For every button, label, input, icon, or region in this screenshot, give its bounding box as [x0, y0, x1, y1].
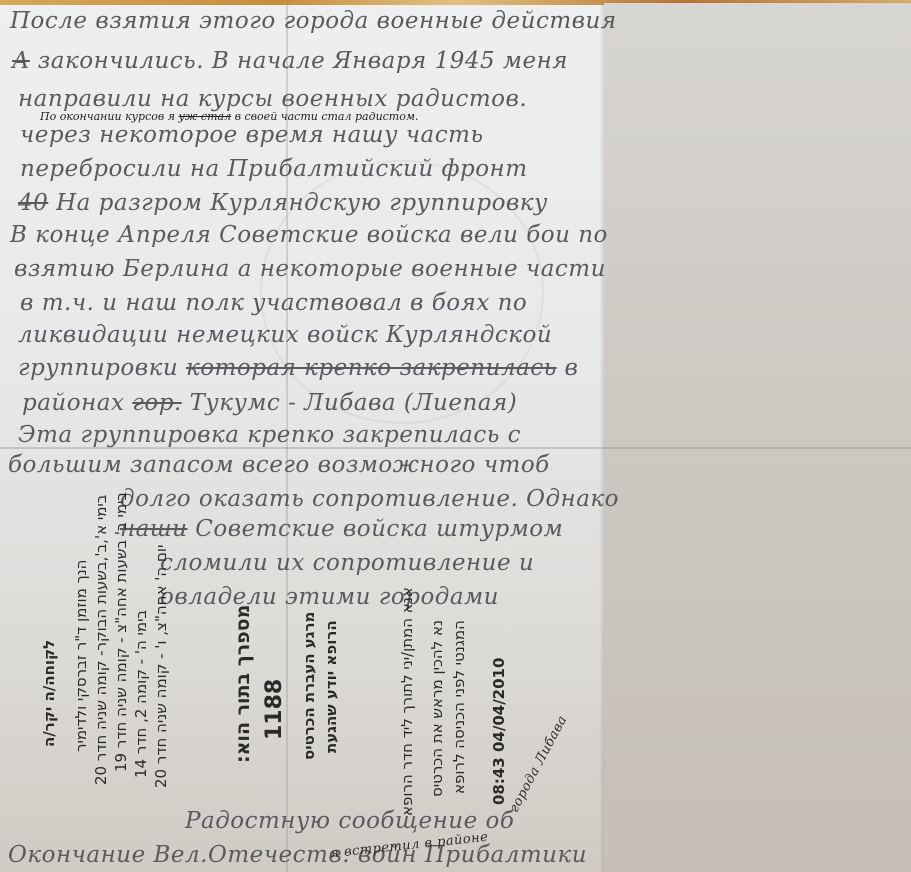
handwriting-line: Окончание Вел.Отечеств. войн Прибалтики: [8, 842, 587, 868]
receipt-hours-line: בימי ב' בשעות אחה"צ - קומה שניה חדר 19: [112, 492, 130, 822]
handwriting-line: группировки которая крепко закрепилась в: [18, 355, 578, 381]
handwriting-line: В конце Апреля Советские войска вели бои…: [10, 222, 608, 248]
receipt-instruction: המגנטי לפני הכניסה לרופא: [450, 620, 468, 820]
handwriting-line: через некоторое время нашу часть: [20, 122, 483, 148]
handwriting-line: овладели этими городами: [160, 584, 499, 610]
handwriting-line: в т.ч. и наш полк участвовал в боях по: [20, 290, 527, 316]
handwriting-line: А закончились. В начале Января 1945 меня: [12, 48, 568, 74]
receipt-transfer-note: מרגע העברת הכרטיס: [300, 612, 318, 782]
handwriting-line: Эта группировка крепко закрепилась с: [18, 422, 521, 448]
receipt-queue-label: מספרך בתור הוא:: [232, 605, 254, 795]
receipt-hours-line: יום ה' אחה"צ, ו' - קומה שניה חדר 20: [152, 545, 170, 835]
handwriting-line: перебросили на Прибалтийский фронт: [20, 156, 528, 182]
handwriting-line: 40 На разгром Курляндскую группировку: [18, 190, 548, 216]
handwriting-line: районах гор. Тукумс - Либава (Лиепая): [22, 390, 517, 416]
receipt-queue-number: 1188: [262, 660, 287, 740]
receipt-hours-line: בימי ה' - קומה 2, חדר 14: [132, 610, 150, 820]
receipt-hours-line: בימי א',ב',בשעות הבוקר- קומה שניה חדר 20: [92, 495, 110, 825]
handwriting-line: большим запасом всего возможного чтоб: [8, 452, 550, 478]
receipt-greeting: לקוחה/ה יקר/ה: [40, 640, 58, 790]
handwriting-line: После взятия этого города военные действ…: [10, 8, 617, 34]
handwriting-line: наши Советские войска штурмом: [120, 516, 563, 542]
handwriting-line: направили на курсы военных радистов.: [18, 86, 527, 112]
receipt-timestamp: 08:43 04/04/2010: [490, 635, 508, 805]
receipt-instruction: נא להכין מראש את הכרטיס: [428, 620, 446, 820]
receipt-instruction: אנא המתן/יני לתורך ליד חדר הרופא: [398, 587, 416, 837]
receipt-doctor-line: הנך מוזמן ד"ר זברסקי ולדימיר: [72, 560, 90, 820]
document-photo: После взятия этого города военные действ…: [0, 0, 911, 872]
letter-page-right-blank: [604, 3, 911, 872]
handwriting-line: сломили их сопротивление и: [160, 550, 534, 576]
receipt-transfer-note: הרופא יודע שהגעת: [322, 620, 340, 780]
handwriting-line: взятию Берлина а некоторые военные части: [14, 256, 606, 282]
handwriting-line: долго оказать сопротивление. Однако: [120, 486, 619, 512]
handwriting-line: ликвидации немецких войск Курляндской: [18, 322, 552, 348]
